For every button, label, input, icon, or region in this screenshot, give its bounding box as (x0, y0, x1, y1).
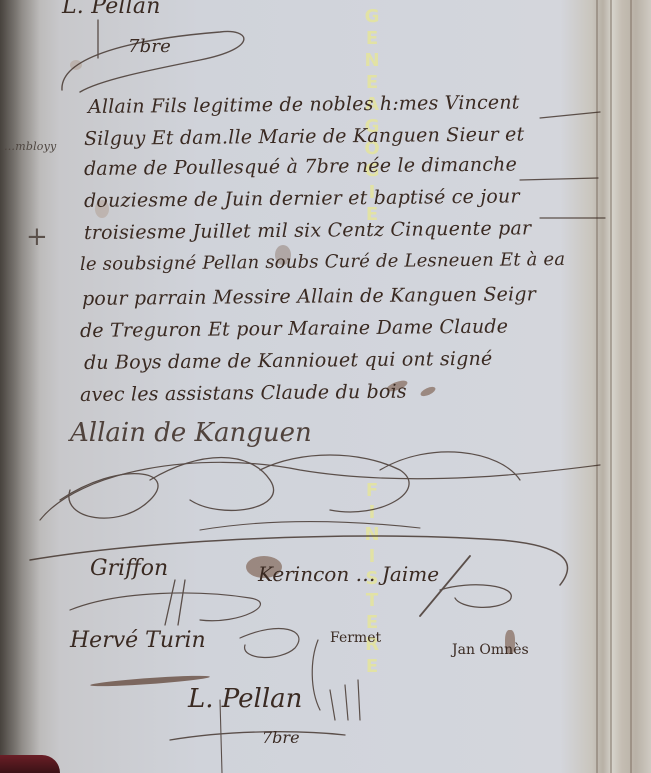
record-line-4: douziesme de Juin dernier et baptisé ce … (84, 185, 520, 212)
binding-edge (596, 0, 598, 773)
record-line-5: troisiesme Juillet mil six Centz Cinquen… (84, 217, 531, 244)
signature-month: 7bre (262, 728, 300, 747)
record-line-1: Allain Fils legitime de nobles h:mes Vin… (88, 91, 520, 118)
page-shadow (0, 0, 40, 773)
record-line-2: Silguy Et dam.lle Marie de Kanguen Sieur… (84, 123, 525, 150)
record-line-7: pour parrain Messire Allain de Kanguen S… (82, 283, 536, 310)
binding-edge (630, 0, 632, 773)
margin-name-note: …mbloyy (4, 140, 56, 153)
manuscript-page: G E N E A G O G I E F I N I S T E R E L.… (0, 0, 651, 773)
fabric-corner (0, 755, 60, 773)
signature-jan-omnes: Jan Omnès (452, 642, 529, 658)
record-line-6: le soubsigné Pellan soubs Curé de Lesneu… (80, 249, 565, 275)
signature-l-pellan: L. Pellan (188, 684, 302, 714)
signature-herve-turin: Hervé Turin (70, 628, 206, 653)
signature-allain-de-kanguen: Allain de Kanguen (70, 418, 312, 448)
header-signature: L. Pellan (62, 0, 161, 19)
record-line-3: dame de Poullesqué à 7bre née le dimanch… (84, 153, 517, 180)
margin-cross-mark: + (26, 222, 48, 252)
ink-stain (70, 60, 82, 70)
signature-fermet: Fermet (330, 630, 381, 646)
header-month: 7bre (128, 36, 171, 57)
signature-griffon: Griffon (90, 556, 168, 581)
binding-edge (610, 0, 612, 773)
record-line-8: de Treguron Et pour Maraine Dame Claude (80, 316, 508, 342)
record-line-10: avec les assistans Claude du bois (80, 381, 407, 406)
signature-kerincon: Kerincon … Jaime (258, 562, 439, 586)
ink-stain (419, 385, 436, 398)
record-line-9: du Boys dame de Kanniouet qui ont signé (84, 348, 493, 374)
